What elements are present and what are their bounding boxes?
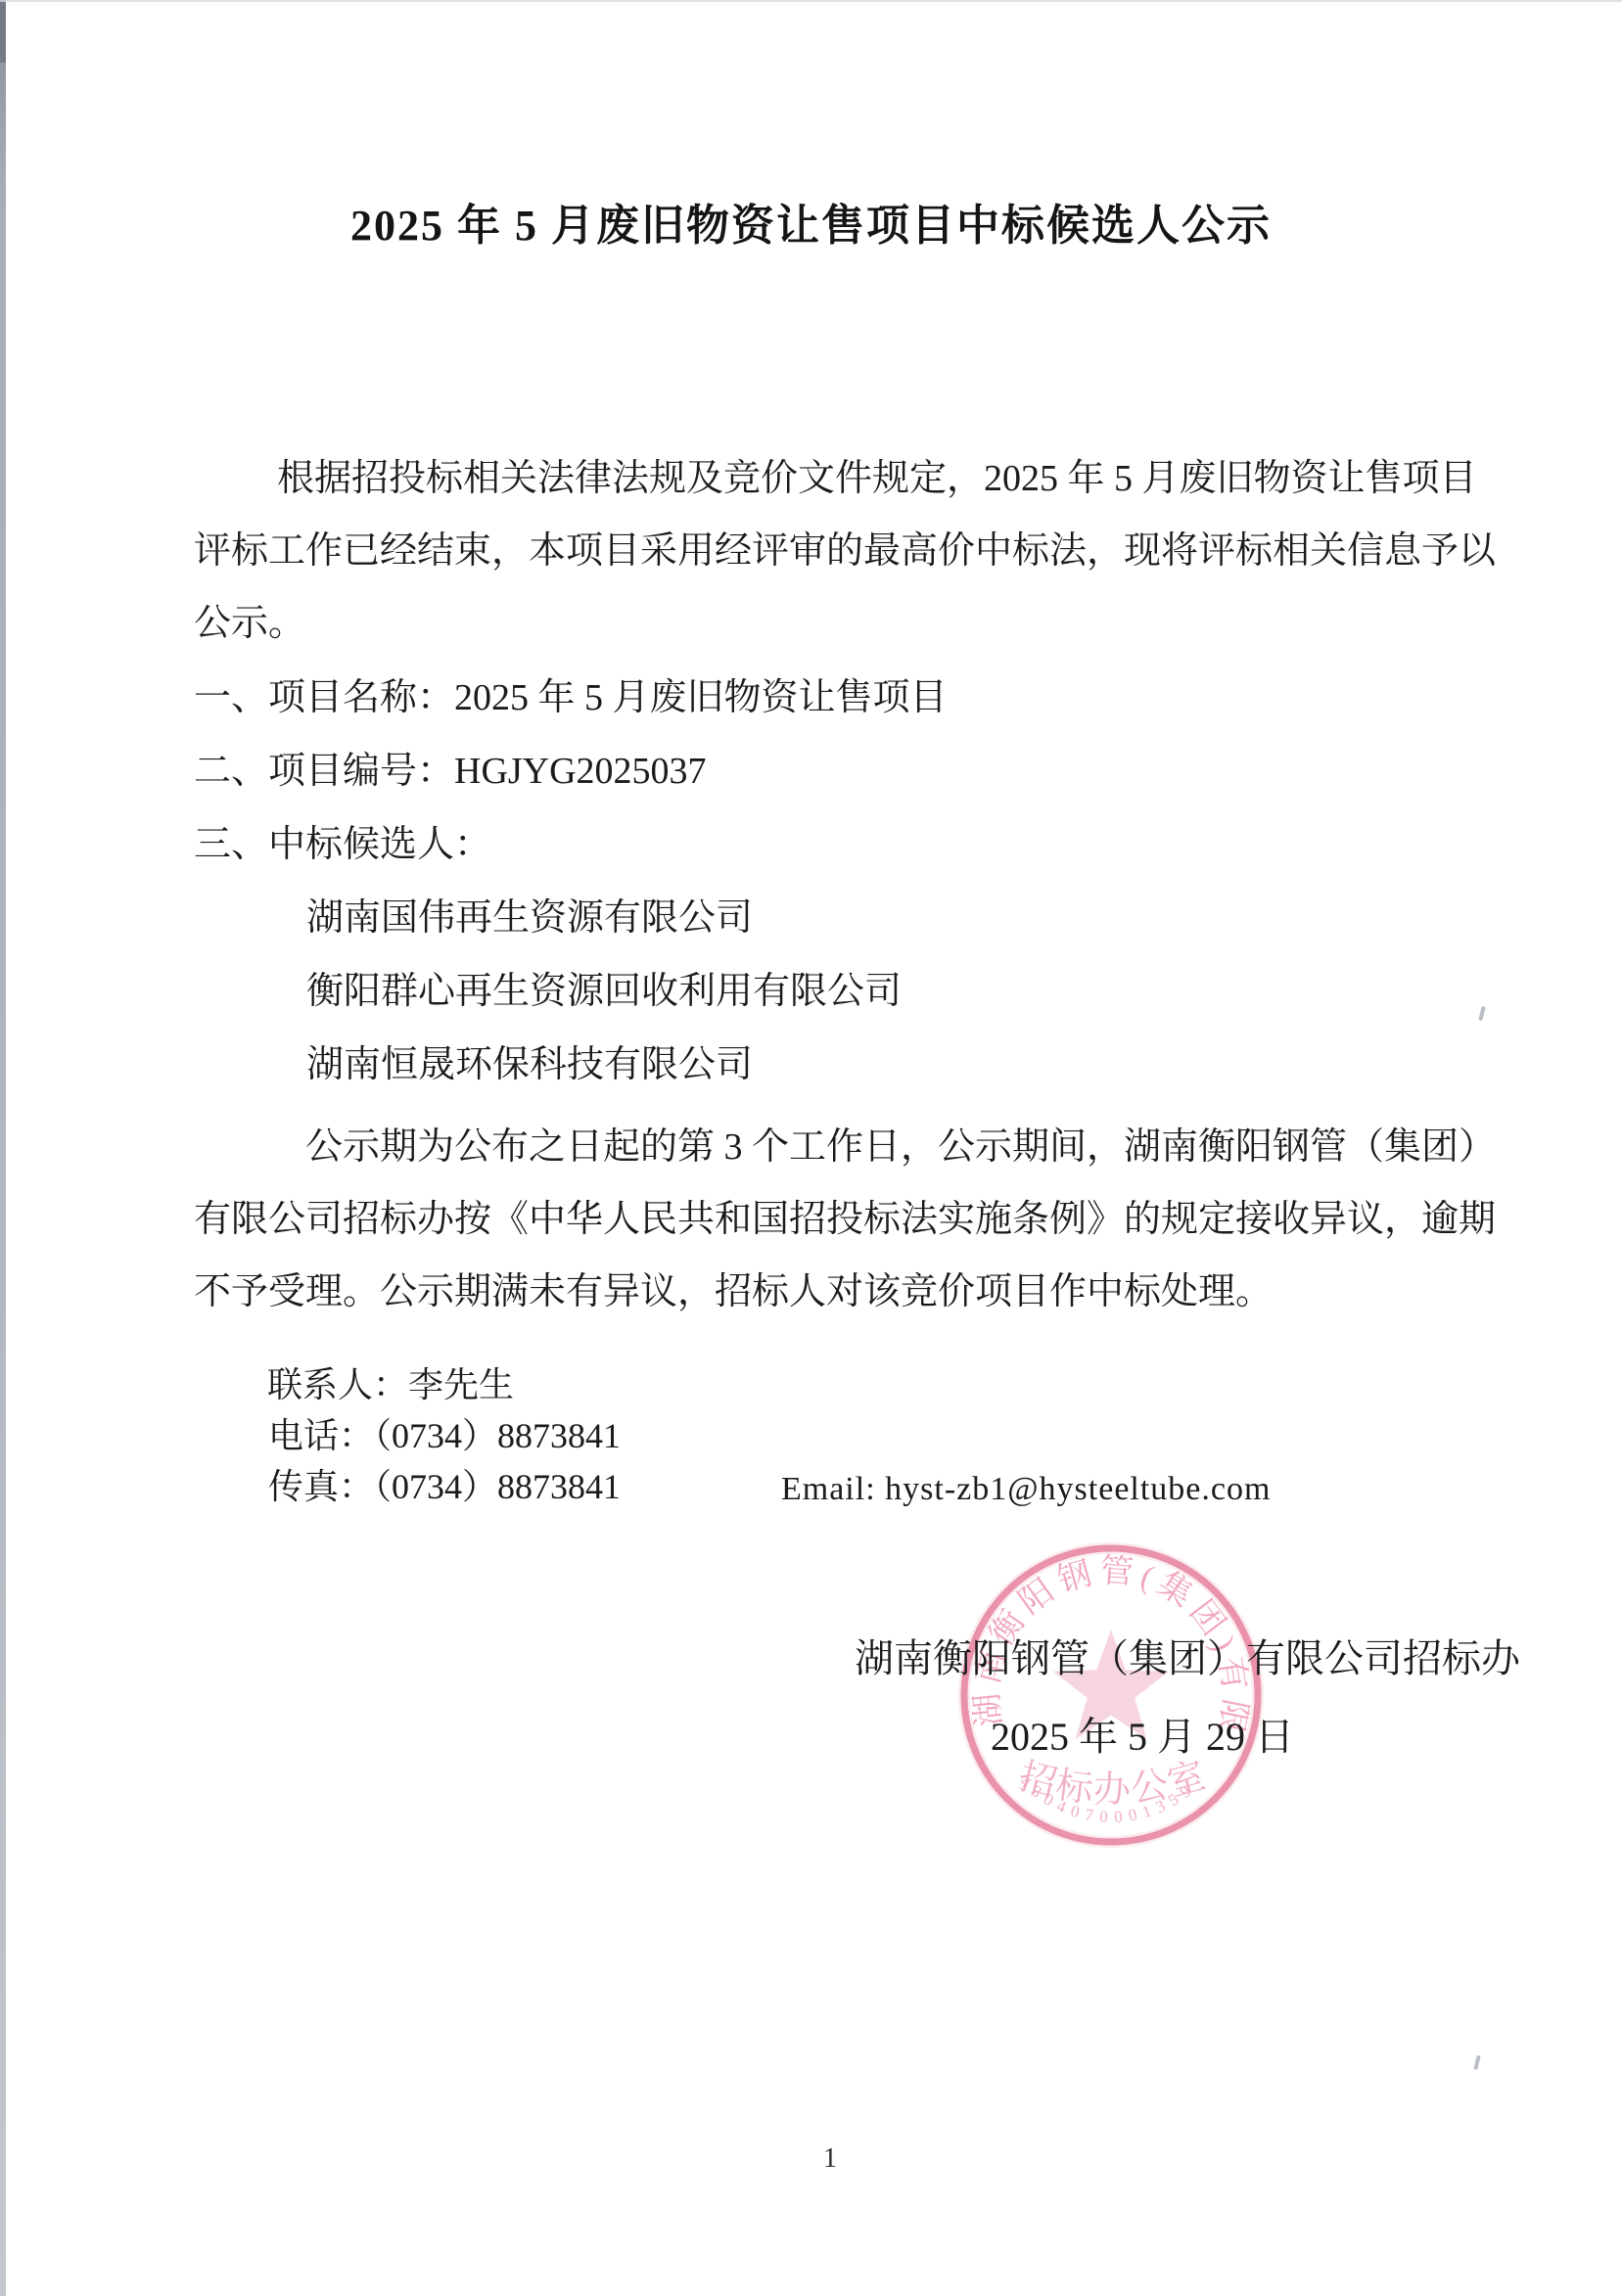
signature-date: 2025 年 5 月 29 日 — [991, 1716, 1294, 1760]
scan-left-edge — [0, 0, 6, 2296]
document-title: 2025 年 5 月废旧物资让售项目中标候选人公示 — [0, 202, 1622, 250]
signature-organization: 湖南衡阳钢管（集团）有限公司招标办 — [855, 1637, 1520, 1681]
candidate-company: 衡阳群心再生资源回收利用有限公司 — [306, 971, 902, 1013]
section-candidates-heading: 三、中标候选人： — [194, 824, 491, 866]
contact-fax: 传真：（0734）8873841 — [268, 1467, 621, 1506]
section-project-code: 二、项目编号：HGJYG2025037 — [194, 751, 707, 793]
intro-paragraph-line: 评标工作已经结束，本项目采用经评审的最高价中标法，现将评标相关信息予以 — [194, 530, 1496, 573]
notice-paragraph-line: 不予受理。公示期满未有异议，招标人对该竞价项目作中标处理。 — [194, 1271, 1273, 1313]
scan-top-edge — [0, 0, 1622, 2]
official-seal-stamp: 湖南衡阳钢管(集团)有限公司 招标办公室 4304070001359 — [945, 1529, 1277, 1861]
contact-phone: 电话：（0734）8873841 — [268, 1416, 621, 1455]
candidate-company: 湖南恒晟环保科技有限公司 — [306, 1044, 753, 1086]
intro-paragraph-line: 根据招投标相关法律法规及竞价文件规定，2025 年 5 月废旧物资让售项目 — [277, 458, 1477, 500]
intro-paragraph-line: 公示。 — [194, 603, 305, 645]
notice-paragraph-line: 公示期为公布之日起的第 3 个工作日，公示期间，湖南衡阳钢管（集团） — [305, 1126, 1496, 1169]
section-project-name: 一、项目名称：2025 年 5 月废旧物资让售项目 — [194, 677, 948, 719]
page-number: 1 — [823, 2143, 837, 2174]
scan-artifact-mark — [1478, 1006, 1486, 1022]
scan-left-edge-dark-corner — [0, 0, 6, 63]
scan-artifact-mark — [1473, 2055, 1481, 2071]
contact-email: Email: hyst-zb1@hysteeltube.com — [781, 1471, 1271, 1508]
scanned-document-page: 2025 年 5 月废旧物资让售项目中标候选人公示 根据招投标相关法律法规及竞价… — [0, 0, 1622, 2296]
contact-person: 联系人：李先生 — [267, 1365, 514, 1404]
candidate-company: 湖南国伟再生资源有限公司 — [306, 897, 753, 940]
notice-paragraph-line: 有限公司招标办按《中华人民共和国招投标法实施条例》的规定接收异议，逾期 — [194, 1199, 1496, 1241]
